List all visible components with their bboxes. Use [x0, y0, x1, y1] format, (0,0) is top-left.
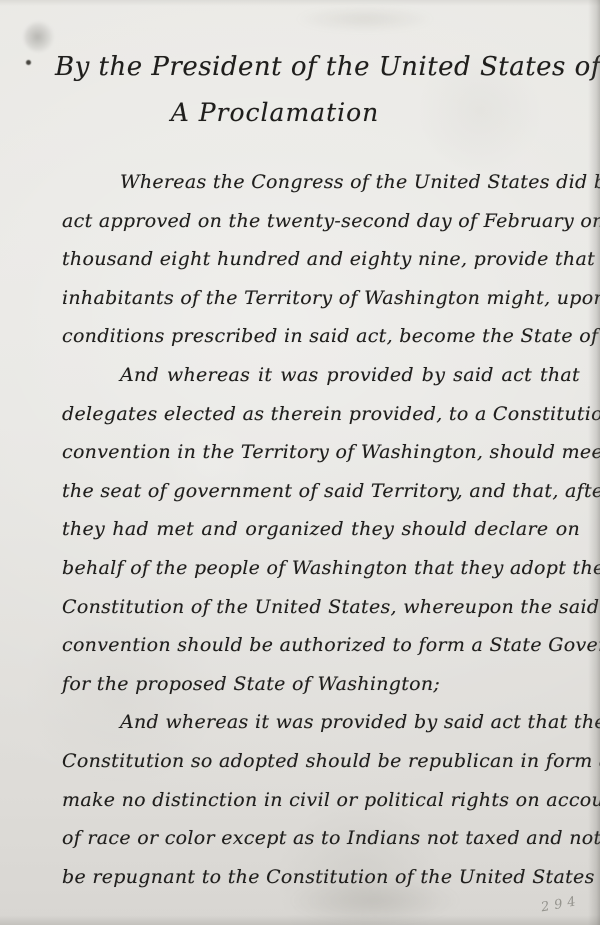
manuscript-line: be repugnant to the Constitution of the …	[62, 858, 580, 897]
manuscript-line: make no distinction in civil or politica…	[62, 781, 580, 820]
manuscript-page: By the President of the United States of…	[0, 0, 600, 925]
manuscript-body: Whereas the Congress of the United State…	[62, 163, 580, 896]
manuscript-line: convention in the Territory of Washingto…	[62, 433, 580, 472]
manuscript-line: thousand eight hundred and eighty nine, …	[62, 240, 580, 279]
manuscript-line: the seat of government of said Territory…	[62, 472, 580, 511]
manuscript-line: Constitution so adopted should be republ…	[62, 742, 580, 781]
ink-dot	[26, 60, 31, 65]
ink-stain	[24, 22, 54, 52]
manuscript-line: behalf of the people of Washington that …	[62, 549, 580, 588]
manuscript-line: Constitution of the United States, where…	[62, 588, 580, 627]
manuscript-line: of race or color except as to Indians no…	[62, 819, 580, 858]
manuscript-line: inhabitants of the Territory of Washingt…	[62, 279, 580, 318]
manuscript-line: And whereas it was provided by said act …	[62, 356, 580, 395]
manuscript-line: conditions prescribed in said act, becom…	[62, 317, 580, 356]
proclamation-heading: By the President of the United States of…	[55, 52, 570, 82]
manuscript-line: for the proposed State of Washington;	[62, 665, 580, 704]
pencil-page-number: 294	[540, 894, 582, 916]
manuscript-line: delegates elected as therein provided, t…	[62, 395, 580, 434]
paper-smudge-top	[295, 6, 435, 32]
manuscript-line: Whereas the Congress of the United State…	[62, 163, 580, 202]
manuscript-line: And whereas it was provided by said act …	[62, 703, 580, 742]
manuscript-line: they had met and organized they should d…	[62, 510, 580, 549]
proclamation-subheading: A Proclamation	[40, 98, 510, 127]
manuscript-line: act approved on the twenty-second day of…	[62, 202, 580, 241]
manuscript-line: convention should be authorized to form …	[62, 626, 580, 665]
